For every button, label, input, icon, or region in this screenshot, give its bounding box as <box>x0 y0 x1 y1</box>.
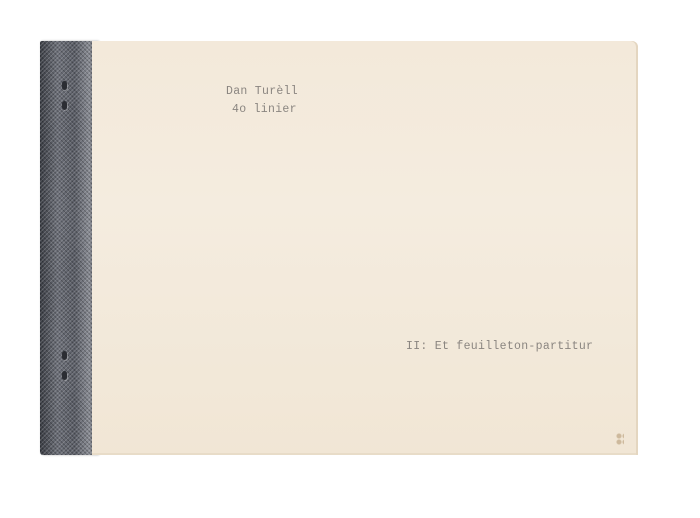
subtitle: II: Et feuilleton-partitur <box>406 340 593 353</box>
stitch-hole-icon <box>62 371 67 380</box>
stitch-hole-icon <box>62 351 67 360</box>
stitch-hole-icon <box>62 81 67 90</box>
stitch-hole-icon <box>62 101 67 110</box>
cloth-spine <box>40 41 98 455</box>
booklet: Dan Turèll 4o linier II: Et feuilleton-p… <box>40 41 638 455</box>
author-name: Dan Turèll <box>226 85 298 98</box>
line-count: 4o linier <box>232 103 297 116</box>
cover-page: Dan Turèll 4o linier II: Et feuilleton-p… <box>92 41 638 455</box>
